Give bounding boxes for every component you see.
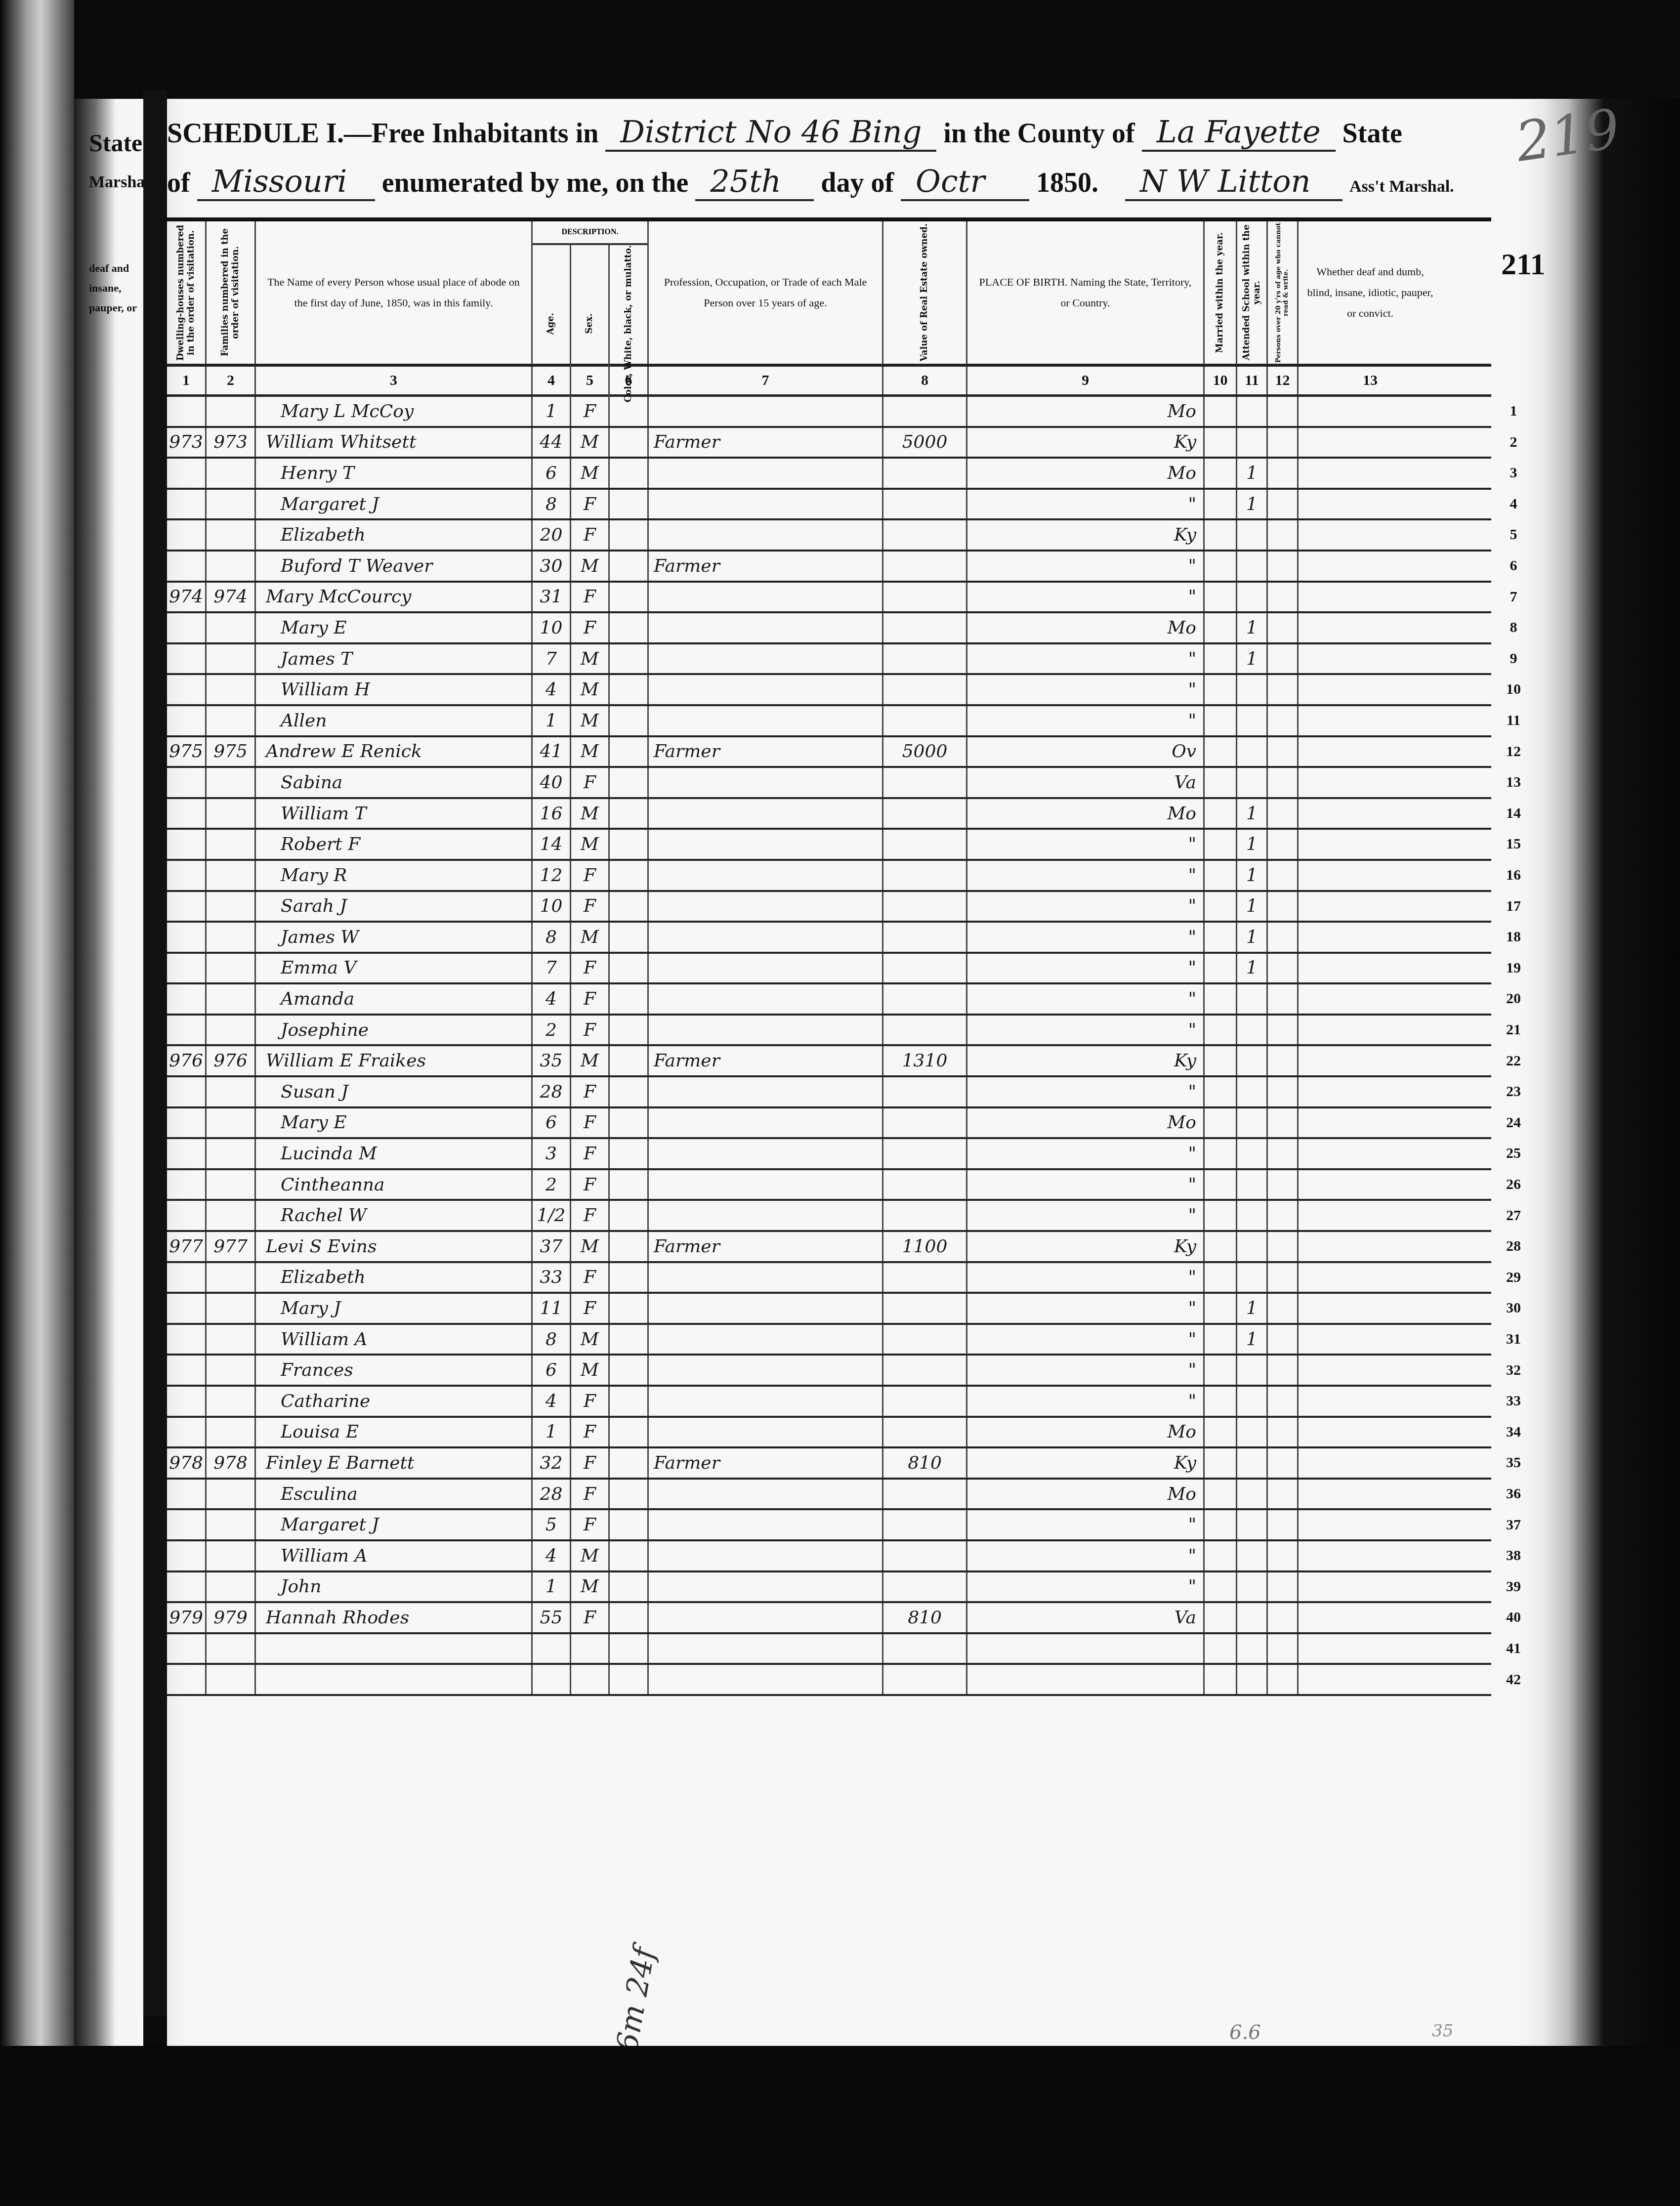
person-name: Emma V bbox=[261, 958, 356, 978]
line-number: 15 bbox=[1496, 836, 1531, 852]
person-name: Louisa E bbox=[261, 1422, 359, 1442]
birthplace: " bbox=[1188, 896, 1196, 916]
sex: M bbox=[581, 1576, 599, 1597]
sex: M bbox=[581, 463, 599, 483]
person-name: Susan J bbox=[261, 1082, 348, 1102]
person-name-cell: William H bbox=[256, 675, 533, 704]
sex: F bbox=[584, 1515, 596, 1535]
person-name-cell: Cintheanna bbox=[256, 1170, 533, 1199]
occupation-cell bbox=[649, 490, 883, 519]
line-number: 18 bbox=[1496, 929, 1531, 945]
table-row: Lucinda M3F" bbox=[167, 1139, 1491, 1170]
table-row: Elizabeth33F" bbox=[167, 1263, 1491, 1294]
birthplace: " bbox=[1188, 1391, 1196, 1411]
sex-cell: M bbox=[571, 459, 610, 488]
cannot-read-write-cell bbox=[1268, 1016, 1299, 1045]
occupation-cell bbox=[649, 1603, 883, 1632]
condition-cell bbox=[1299, 830, 1442, 859]
condition-cell bbox=[1299, 954, 1442, 983]
married-within-year-cell bbox=[1205, 1418, 1237, 1447]
col-header-label: Age. bbox=[546, 313, 556, 335]
real-estate-value-cell bbox=[883, 459, 967, 488]
attended-school-cell bbox=[1237, 1108, 1268, 1138]
person-name-cell: Buford T Weaver bbox=[256, 551, 533, 581]
person-name: Cintheanna bbox=[261, 1175, 385, 1195]
color-cell bbox=[610, 1418, 649, 1447]
dwelling-number-cell bbox=[167, 520, 207, 550]
condition-cell bbox=[1299, 892, 1442, 921]
line-number: 27 bbox=[1496, 1207, 1531, 1224]
color-cell bbox=[610, 1480, 649, 1509]
person-name-cell: John bbox=[256, 1572, 533, 1602]
birthplace: Ov bbox=[1172, 741, 1196, 762]
person-name-cell: William A bbox=[256, 1325, 533, 1354]
married-within-year-cell bbox=[1205, 675, 1237, 704]
married-within-year-cell bbox=[1205, 613, 1237, 642]
county-label: in the County of bbox=[943, 118, 1134, 149]
dwelling-number-cell: 978 bbox=[167, 1448, 207, 1478]
age-cell: 10 bbox=[533, 892, 571, 921]
sex-cell: F bbox=[571, 490, 610, 519]
age-cell: 55 bbox=[533, 1603, 571, 1632]
occupation-cell bbox=[649, 768, 883, 797]
age: 1 bbox=[546, 1422, 557, 1442]
line-number: 32 bbox=[1496, 1362, 1531, 1379]
real-estate-value: 810 bbox=[908, 1608, 942, 1628]
family-number: 976 bbox=[213, 1051, 248, 1071]
sex-cell: F bbox=[571, 613, 610, 642]
sex: M bbox=[581, 1236, 599, 1257]
age-cell: 3 bbox=[533, 1139, 571, 1168]
color-cell bbox=[610, 613, 649, 642]
real-estate-value-cell: 1100 bbox=[883, 1232, 967, 1261]
person-name: Esculina bbox=[261, 1484, 358, 1504]
birthplace-cell: Va bbox=[967, 1603, 1205, 1632]
occupation-cell bbox=[649, 1325, 883, 1354]
birthplace: " bbox=[1188, 556, 1196, 576]
occupation-cell bbox=[649, 1418, 883, 1447]
color-cell bbox=[610, 1510, 649, 1539]
sex: M bbox=[581, 1329, 599, 1350]
condition-cell bbox=[1299, 675, 1442, 704]
sex-cell: F bbox=[571, 1510, 610, 1539]
age: 10 bbox=[540, 896, 563, 916]
person-name-cell: Levi S Evins bbox=[256, 1232, 533, 1261]
condition-cell bbox=[1299, 1325, 1442, 1354]
birthplace: Mo bbox=[1167, 1484, 1196, 1504]
person-name-cell: Margaret J bbox=[256, 490, 533, 519]
birthplace-cell: Ky bbox=[967, 520, 1205, 550]
occupation: Farmer bbox=[654, 556, 720, 576]
married-within-year-cell bbox=[1205, 737, 1237, 766]
line-number: 2 bbox=[1496, 434, 1531, 451]
attended-school-cell bbox=[1237, 737, 1268, 766]
condition-cell bbox=[1299, 1572, 1442, 1602]
dwelling-number-cell: 979 bbox=[167, 1603, 207, 1632]
line-number: 23 bbox=[1496, 1083, 1531, 1100]
age-cell: 41 bbox=[533, 737, 571, 766]
table-header: Dwelling-houses numbered in the order of… bbox=[167, 221, 1491, 367]
table-row: Henry T6MMo1 bbox=[167, 459, 1491, 490]
age-cell: 1 bbox=[533, 1572, 571, 1602]
person-name: Mary R bbox=[261, 865, 347, 886]
birthplace: " bbox=[1188, 1546, 1196, 1566]
birthplace-cell: " bbox=[967, 1572, 1205, 1602]
cannot-read-write-cell bbox=[1268, 1634, 1299, 1663]
sex: F bbox=[584, 1175, 596, 1195]
age-cell: 11 bbox=[533, 1294, 571, 1323]
dwelling-number-cell bbox=[167, 923, 207, 952]
sex: F bbox=[584, 1144, 596, 1164]
attended-school-cell bbox=[1237, 1634, 1268, 1663]
color-cell bbox=[610, 1016, 649, 1045]
person-name: Margaret J bbox=[261, 1515, 379, 1535]
color-cell bbox=[610, 799, 649, 828]
real-estate-value-cell bbox=[883, 1016, 967, 1045]
color-cell bbox=[610, 1170, 649, 1199]
real-estate-value-cell bbox=[883, 1665, 967, 1694]
dwelling-number-cell bbox=[167, 1356, 207, 1385]
state-label: State bbox=[1343, 118, 1402, 149]
dwelling-number-cell bbox=[167, 490, 207, 519]
person-name: Robert F bbox=[261, 834, 360, 854]
occupation-cell: Farmer bbox=[649, 551, 883, 581]
col-header-label: Profession, Occupation, or Trade of each… bbox=[649, 268, 882, 317]
family-number-cell: 978 bbox=[207, 1448, 256, 1478]
scan-bottom-edge bbox=[0, 2046, 1680, 2206]
col-number: 6 bbox=[610, 367, 649, 394]
table-row: Mary L McCoy1FMo bbox=[167, 397, 1491, 428]
married-within-year-cell bbox=[1205, 1201, 1237, 1230]
col-header-real-estate: Value of Real Estate owned. bbox=[883, 221, 967, 364]
age-cell: 2 bbox=[533, 1016, 571, 1045]
birthplace: " bbox=[1188, 1267, 1196, 1287]
cannot-read-write-cell bbox=[1268, 830, 1299, 859]
birthplace-cell: " bbox=[967, 1016, 1205, 1045]
age-cell: 2 bbox=[533, 1170, 571, 1199]
col-header-occupation: Profession, Occupation, or Trade of each… bbox=[649, 221, 883, 364]
age-cell: 20 bbox=[533, 520, 571, 550]
person-name: Henry T bbox=[261, 463, 354, 483]
line-number: 6 bbox=[1496, 557, 1531, 574]
dwelling-number-cell bbox=[167, 1139, 207, 1168]
table-body: Mary L McCoy1FMo973973William Whitsett44… bbox=[167, 397, 1491, 1696]
real-estate-value-cell bbox=[883, 830, 967, 859]
birthplace: " bbox=[1188, 1360, 1196, 1380]
real-estate-value-cell bbox=[883, 613, 967, 642]
birthplace-cell: Ky bbox=[967, 428, 1205, 457]
real-estate-value-cell bbox=[883, 675, 967, 704]
attended-school-cell bbox=[1237, 984, 1268, 1014]
sex-cell: M bbox=[571, 799, 610, 828]
col-header-family: Families numbered in the order of visita… bbox=[207, 221, 256, 364]
family-number-cell bbox=[207, 1541, 256, 1570]
family-number-cell bbox=[207, 1294, 256, 1323]
birthplace-cell: " bbox=[967, 583, 1205, 612]
person-name-cell: Catharine bbox=[256, 1387, 533, 1416]
dwelling-number: 973 bbox=[169, 432, 203, 452]
table-row: Louisa E1FMo bbox=[167, 1418, 1491, 1449]
real-estate-value-cell bbox=[883, 1201, 967, 1230]
birthplace: Mo bbox=[1167, 804, 1196, 824]
sex: F bbox=[584, 1112, 596, 1133]
color-cell bbox=[610, 1294, 649, 1323]
real-estate-value-cell bbox=[883, 644, 967, 674]
table-row: 975975Andrew E Renick41MFarmer5000Ov bbox=[167, 737, 1491, 768]
col-header-illiterate: Persons over 20 y'rs of age who cannot r… bbox=[1268, 221, 1299, 364]
header-line-1: SCHEDULE I.—Free Inhabitants in District… bbox=[167, 114, 1402, 152]
age: 31 bbox=[540, 587, 563, 607]
dwelling-number: 975 bbox=[169, 741, 203, 762]
cannot-read-write-cell bbox=[1268, 1572, 1299, 1602]
birthplace: Mo bbox=[1167, 401, 1196, 422]
condition-cell bbox=[1299, 1665, 1442, 1694]
line-number: 36 bbox=[1496, 1485, 1531, 1502]
sex: F bbox=[584, 1391, 596, 1411]
line-number: 4 bbox=[1496, 496, 1531, 512]
line-number: 28 bbox=[1496, 1238, 1531, 1255]
marshal-signature: N W Litton bbox=[1125, 163, 1343, 201]
person-name-cell: Hannah Rhodes bbox=[256, 1603, 533, 1632]
birthplace-cell: Mo bbox=[967, 459, 1205, 488]
marshal-label: Ass't Marshal. bbox=[1349, 177, 1454, 196]
sex: F bbox=[584, 1298, 596, 1318]
condition-cell bbox=[1299, 984, 1442, 1014]
condition-cell bbox=[1299, 1139, 1442, 1168]
cannot-read-write-cell bbox=[1268, 954, 1299, 983]
birthplace-cell: " bbox=[967, 830, 1205, 859]
dwelling-number-cell: 974 bbox=[167, 583, 207, 612]
dwelling-number-cell bbox=[167, 1170, 207, 1199]
attended-school: 1 bbox=[1246, 463, 1258, 483]
of-label: of bbox=[167, 168, 190, 198]
column-number-row: 1 2 3 4 5 6 7 8 9 10 11 12 13 bbox=[167, 367, 1491, 397]
family-number-cell bbox=[207, 799, 256, 828]
table-row: Josephine2F" bbox=[167, 1016, 1491, 1047]
scan-left-edge bbox=[0, 0, 74, 2206]
birthplace-cell: " bbox=[967, 1294, 1205, 1323]
occupation: Farmer bbox=[654, 1051, 720, 1071]
birthplace-cell: " bbox=[967, 1170, 1205, 1199]
person-name: Josephine bbox=[261, 1020, 369, 1040]
attended-school-cell bbox=[1237, 1448, 1268, 1478]
real-estate-value-cell bbox=[883, 706, 967, 735]
condition-cell bbox=[1299, 1448, 1442, 1478]
age: 2 bbox=[546, 1020, 557, 1040]
prev-page-col13-line: pauper, or bbox=[89, 301, 137, 314]
occupation-cell bbox=[649, 892, 883, 921]
sex-cell: F bbox=[571, 1418, 610, 1447]
age-cell: 7 bbox=[533, 644, 571, 674]
cannot-read-write-cell bbox=[1268, 397, 1299, 426]
district-field: District No 46 Bing bbox=[605, 114, 936, 152]
age: 28 bbox=[540, 1082, 563, 1102]
table-row: 979979Hannah Rhodes55F810Va bbox=[167, 1603, 1491, 1634]
birthplace-cell: Ov bbox=[967, 737, 1205, 766]
sex-cell: F bbox=[571, 397, 610, 426]
cannot-read-write-cell bbox=[1268, 1325, 1299, 1354]
dwelling-number-cell: 973 bbox=[167, 428, 207, 457]
sex: F bbox=[584, 1453, 596, 1473]
birthplace-cell: " bbox=[967, 1263, 1205, 1292]
family-number-cell bbox=[207, 1480, 256, 1509]
attended-school-cell bbox=[1237, 675, 1268, 704]
col-header-label: Families numbered in the order of visita… bbox=[220, 221, 241, 364]
cannot-read-write-cell bbox=[1268, 1046, 1299, 1075]
age: 44 bbox=[540, 432, 563, 452]
dwelling-number-cell bbox=[167, 613, 207, 642]
birthplace-cell: " bbox=[967, 1325, 1205, 1354]
line-number: 39 bbox=[1496, 1578, 1531, 1595]
dwelling-number-cell bbox=[167, 1665, 207, 1694]
person-name-cell: Henry T bbox=[256, 459, 533, 488]
table-row: Mary J11F"1 bbox=[167, 1294, 1491, 1325]
married-within-year-cell bbox=[1205, 1510, 1237, 1539]
table-row: Susan J28F" bbox=[167, 1077, 1491, 1108]
sex-cell: F bbox=[571, 1387, 610, 1416]
attended-school-cell bbox=[1237, 1510, 1268, 1539]
line-number: 31 bbox=[1496, 1331, 1531, 1348]
birthplace-cell: " bbox=[967, 675, 1205, 704]
dwelling-number-cell: 975 bbox=[167, 737, 207, 766]
cannot-read-write-cell bbox=[1268, 1356, 1299, 1385]
person-name: William E Fraikes bbox=[261, 1051, 426, 1071]
family-number-cell: 977 bbox=[207, 1232, 256, 1261]
binding-gutter bbox=[143, 89, 167, 2016]
family-number-cell bbox=[207, 1325, 256, 1354]
married-within-year-cell bbox=[1205, 583, 1237, 612]
dwelling-number-cell: 976 bbox=[167, 1046, 207, 1075]
cannot-read-write-cell bbox=[1268, 1139, 1299, 1168]
family-number-cell bbox=[207, 490, 256, 519]
cannot-read-write-cell bbox=[1268, 1510, 1299, 1539]
color-cell bbox=[610, 1232, 649, 1261]
age-cell bbox=[533, 1634, 571, 1663]
previous-page-fragment: State Marshal. deaf and insane, pauper, … bbox=[74, 99, 143, 2076]
col-header-school: Attended School within the year. bbox=[1237, 221, 1268, 364]
real-estate-value-cell bbox=[883, 1170, 967, 1199]
age-cell: 28 bbox=[533, 1077, 571, 1106]
sex-cell: M bbox=[571, 428, 610, 457]
real-estate-value-cell bbox=[883, 799, 967, 828]
line-number: 9 bbox=[1496, 650, 1531, 667]
occupation-cell: Farmer bbox=[649, 737, 883, 766]
age: 30 bbox=[540, 556, 563, 576]
col-header-birthplace: PLACE OF BIRTH. Naming the State, Territ… bbox=[967, 221, 1205, 364]
cannot-read-write-cell bbox=[1268, 1201, 1299, 1230]
age-cell: 4 bbox=[533, 984, 571, 1014]
col-number: 10 bbox=[1205, 367, 1237, 394]
header-line-2: of Missouri enumerated by me, on the 25t… bbox=[167, 163, 1454, 201]
sex: F bbox=[584, 989, 596, 1009]
prev-page-state-label: State bbox=[89, 128, 142, 157]
married-within-year-cell bbox=[1205, 799, 1237, 828]
married-within-year-cell bbox=[1205, 551, 1237, 581]
real-estate-value-cell bbox=[883, 1480, 967, 1509]
condition-cell bbox=[1299, 1541, 1442, 1570]
line-number: 38 bbox=[1496, 1547, 1531, 1564]
condition-cell bbox=[1299, 1356, 1442, 1385]
sex-cell: M bbox=[571, 1325, 610, 1354]
age: 20 bbox=[540, 525, 563, 545]
occupation-cell bbox=[649, 1016, 883, 1045]
occupation-cell bbox=[649, 984, 883, 1014]
attended-school-cell bbox=[1237, 1572, 1268, 1602]
dwelling-number-cell bbox=[167, 1108, 207, 1138]
person-name-cell: Finley E Barnett bbox=[256, 1448, 533, 1478]
birthplace-cell: " bbox=[967, 490, 1205, 519]
col-number: 8 bbox=[883, 367, 967, 394]
attended-school-cell: 1 bbox=[1237, 613, 1268, 642]
birthplace: " bbox=[1188, 587, 1196, 607]
sex-cell: F bbox=[571, 984, 610, 1014]
person-name: Mary L McCoy bbox=[261, 401, 414, 422]
birthplace: " bbox=[1188, 989, 1196, 1009]
family-number-cell bbox=[207, 644, 256, 674]
birthplace: " bbox=[1188, 927, 1196, 947]
real-estate-value-cell bbox=[883, 520, 967, 550]
real-estate-value-cell bbox=[883, 923, 967, 952]
family-number: 979 bbox=[213, 1608, 248, 1628]
married-within-year-cell bbox=[1205, 923, 1237, 952]
attended-school-cell bbox=[1237, 1077, 1268, 1106]
line-number: 3 bbox=[1496, 465, 1531, 481]
family-number-cell: 973 bbox=[207, 428, 256, 457]
age: 2 bbox=[546, 1175, 557, 1195]
sex: F bbox=[584, 1422, 596, 1442]
dwelling-number-cell bbox=[167, 1572, 207, 1602]
family-number-cell bbox=[207, 459, 256, 488]
age: 11 bbox=[540, 1298, 563, 1318]
real-estate-value: 1310 bbox=[902, 1051, 948, 1071]
color-cell bbox=[610, 830, 649, 859]
person-name: Amanda bbox=[261, 989, 354, 1009]
attended-school: 1 bbox=[1246, 1298, 1258, 1318]
table-row: Robert F14M"1 bbox=[167, 830, 1491, 861]
occupation-cell bbox=[649, 1634, 883, 1663]
real-estate-value-cell bbox=[883, 1387, 967, 1416]
real-estate-value-cell bbox=[883, 1108, 967, 1138]
person-name-cell: Elizabeth bbox=[256, 1263, 533, 1292]
dwelling-number-cell bbox=[167, 1418, 207, 1447]
birthplace-cell: " bbox=[967, 644, 1205, 674]
table-row: Catharine4F" bbox=[167, 1387, 1491, 1418]
color-cell bbox=[610, 1448, 649, 1478]
sex: M bbox=[581, 1360, 599, 1380]
attended-school-cell bbox=[1237, 1603, 1268, 1632]
family-number-cell bbox=[207, 551, 256, 581]
sex: M bbox=[581, 556, 599, 576]
table-row: Margaret J5F" bbox=[167, 1510, 1491, 1541]
sex: M bbox=[581, 711, 599, 731]
occupation-cell bbox=[649, 799, 883, 828]
attended-school-cell bbox=[1237, 1016, 1268, 1045]
age-cell: 8 bbox=[533, 490, 571, 519]
attended-school-cell bbox=[1237, 1170, 1268, 1199]
sex-cell bbox=[571, 1665, 610, 1694]
dwelling-number-cell bbox=[167, 954, 207, 983]
sex: M bbox=[581, 1546, 599, 1566]
age: 12 bbox=[540, 865, 563, 886]
person-name: Mary E bbox=[261, 1112, 347, 1133]
real-estate-value-cell bbox=[883, 1325, 967, 1354]
attended-school-cell: 1 bbox=[1237, 459, 1268, 488]
married-within-year-cell bbox=[1205, 1232, 1237, 1261]
enumerated-label: enumerated by me, on the bbox=[382, 168, 689, 198]
col-header-label: Dwelling-houses numbered in the order of… bbox=[176, 221, 196, 364]
family-number: 974 bbox=[213, 587, 248, 607]
line-number: 30 bbox=[1496, 1300, 1531, 1316]
